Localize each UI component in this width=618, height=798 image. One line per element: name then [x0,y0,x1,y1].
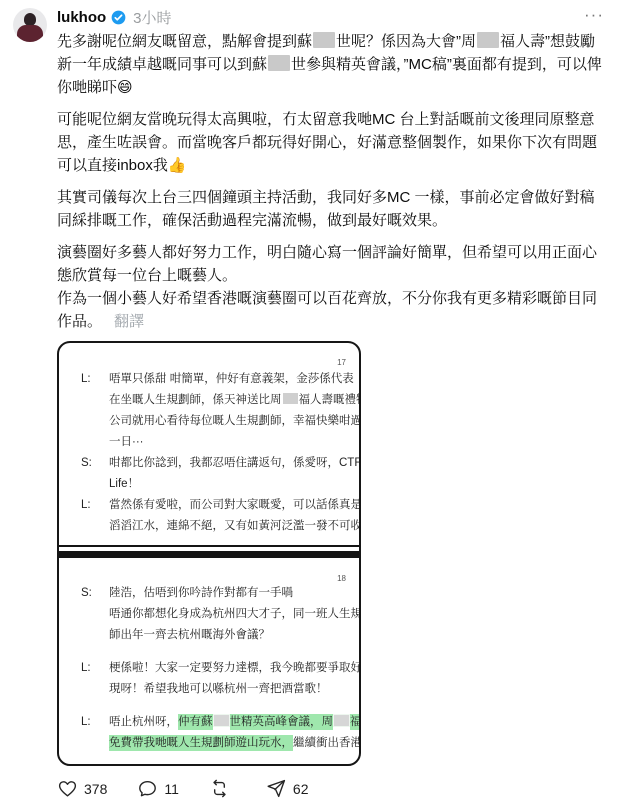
script-line: 唔止杭州呀，仲有蘇世精英高峰會議，周福人壽 [109,712,361,733]
speaker-label: L: [81,495,109,537]
post-paragraph: 作為一個小藝人好希望香港嘅演藝圈可以百花齊放，不分你我有更多精彩嘅節目同作品。翻… [57,287,602,333]
highlighted-text: 仲有蘇 [178,714,213,730]
script-dialogue: L:唔單只係甜 咁簡單，仲好有意義架，金莎係代表在坐嘅人生規劃師，係天神送比周福… [81,369,347,453]
censored-text-block [268,55,290,71]
post-content: lukhoo 3小時 先多謝呢位網友嘅留意，點解會提到蘇世呢？係因為大會”周福人… [57,6,602,798]
thread-post: ··· lukhoo 3小時 先多謝呢位網友嘅留意，點解會提到蘇世呢？係因為大會… [0,0,618,798]
script-dialogue: L:梗係啦！大家一定要努力達標，我今晚都要爭取好表現呀！希望我地可以喺杭州一齊把… [81,658,347,700]
paper-plane-icon [266,778,287,798]
script-line: 師出年一齊去杭州嘅海外會議？ [109,625,361,646]
script-line: 梗係啦！大家一定要努力達標，我今晚都要爭取好表 [109,658,361,679]
script-line: Life！ [109,474,361,495]
post-paragraph: 先多謝呢位網友嘅留意，點解會提到蘇世呢？係因為大會”周福人壽”想鼓勵新一年成績卓… [57,30,602,99]
timestamp: 3小時 [133,7,171,28]
speaker-label: L: [81,712,109,754]
verified-badge-icon [111,10,126,25]
username[interactable]: lukhoo [57,9,106,26]
script-line: 陸浩，估唔到你吟詩作對都有一手喎 [109,583,361,604]
script-page-17: 17 L:唔單只係甜 咁簡單，仲好有意義架，金莎係代表在坐嘅人生規劃師，係天神送… [59,343,359,545]
script-line: 現呀！希望我地可以喺杭州一齊把酒當歌！ [109,679,361,700]
script-dialogue: S:咁都比你諗到，我都忍唔住講返句，係愛呀，CTFLife！ [81,453,347,495]
script-line: 公司就用心看待每位嘅人生規劃師，幸福快樂咁過每 [109,411,361,432]
script-line: 免費帶我哋嘅人生規劃師遊山玩水，繼續衝出香港! [109,733,361,754]
speaker-label: L: [81,658,109,700]
speech-bubble-icon [137,778,158,798]
like-count: 378 [84,781,107,797]
page-divider [59,545,359,559]
script-line: 滔滔江水，連綿不絕，又有如黃河泛濫一發不可收拾 [109,516,361,537]
more-options-button[interactable]: ··· [584,6,604,23]
script-line: 一日··· [109,432,361,453]
script-dialogue: L:當然係有愛啦，而公司對大家嘅愛，可以話係真是如滔滔江水，連綿不絕，又有如黃河… [81,495,347,537]
share-count: 62 [293,781,309,797]
highlighted-text: 世精英高峰會議，周 [230,714,334,730]
script-dialogue: S:陸浩，估唔到你吟詩作對都有一手喎唔通你都想化身成為杭州四大才子，同一班人生規… [81,583,347,646]
post-header: lukhoo 3小時 [57,6,602,28]
script-page-18: 18 S:陸浩，估唔到你吟詩作對都有一手喎唔通你都想化身成為杭州四大才子，同一班… [59,559,359,764]
post-paragraph: 演藝圈好多藝人都好努力工作，明白隨心寫一個評論好簡單，但希望可以用正面心態欣賞每… [57,241,602,287]
script-line: 唔單只係甜 咁簡單，仲好有意義架，金莎係代表 [109,369,361,390]
embedded-script-image[interactable]: 17 L:唔單只係甜 咁簡單，仲好有意義架，金莎係代表在坐嘅人生規劃師，係天神送… [57,341,361,766]
post-paragraph: 其實司儀每次上台三四個鐘頭主持活動，我同好多MC 一樣，事前必定會做好對稿同綵排… [57,186,602,232]
repost-button[interactable] [209,778,236,798]
repost-arrows-icon [209,778,230,798]
page-number: 17 [337,358,346,367]
post-text: 先多謝呢位網友嘅留意，點解會提到蘇世呢？係因為大會”周福人壽”想鼓勵新一年成績卓… [57,30,602,333]
censored-text-block [214,715,229,726]
page-number: 18 [337,574,346,583]
share-button[interactable]: 62 [266,778,309,798]
avatar-person-body [17,25,43,42]
speaker-label: S: [81,453,109,495]
speaker-label: L: [81,369,109,453]
post-paragraph: 可能呢位網友當晚玩得太高興啦，冇太留意我哋MC 台上對話嘅前文後理同原整意思，產… [57,108,602,177]
comment-button[interactable]: 11 [137,778,179,798]
censored-text-block [283,393,298,404]
highlighted-text: 免費帶我哋嘅人生規劃師遊山玩水， [109,735,293,751]
script-line: 唔通你都想化身成為杭州四大才子，同一班人生規劃 [109,604,361,625]
avatar[interactable] [13,8,47,42]
translate-link[interactable]: 翻譯 [114,313,144,330]
script-line: 在坐嘅人生規劃師，係天神送比周福人壽嘅禮物呀 [109,390,361,411]
speaker-label: S: [81,583,109,646]
script-line: 當然係有愛啦，而公司對大家嘅愛，可以話係真是如 [109,495,361,516]
censored-text-block [477,32,499,48]
script-page-body: S:陸浩，估唔到你吟詩作對都有一手喎唔通你都想化身成為杭州四大才子，同一班人生規… [81,583,347,754]
censored-text-block [313,32,335,48]
heart-icon [57,778,78,798]
action-bar: 378 11 [57,778,602,798]
like-button[interactable]: 378 [57,778,107,798]
censored-text-block [334,715,349,726]
script-line: 咁都比你諗到，我都忍唔住講返句，係愛呀，CTF [109,453,361,474]
script-page-body: L:唔單只係甜 咁簡單，仲好有意義架，金莎係代表在坐嘅人生規劃師，係天神送比周福… [81,369,347,537]
script-dialogue: L:唔止杭州呀，仲有蘇世精英高峰會議，周福人壽免費帶我哋嘅人生規劃師遊山玩水，繼… [81,712,347,754]
highlighted-text: 福人壽 [350,714,361,730]
comment-count: 11 [164,781,179,797]
